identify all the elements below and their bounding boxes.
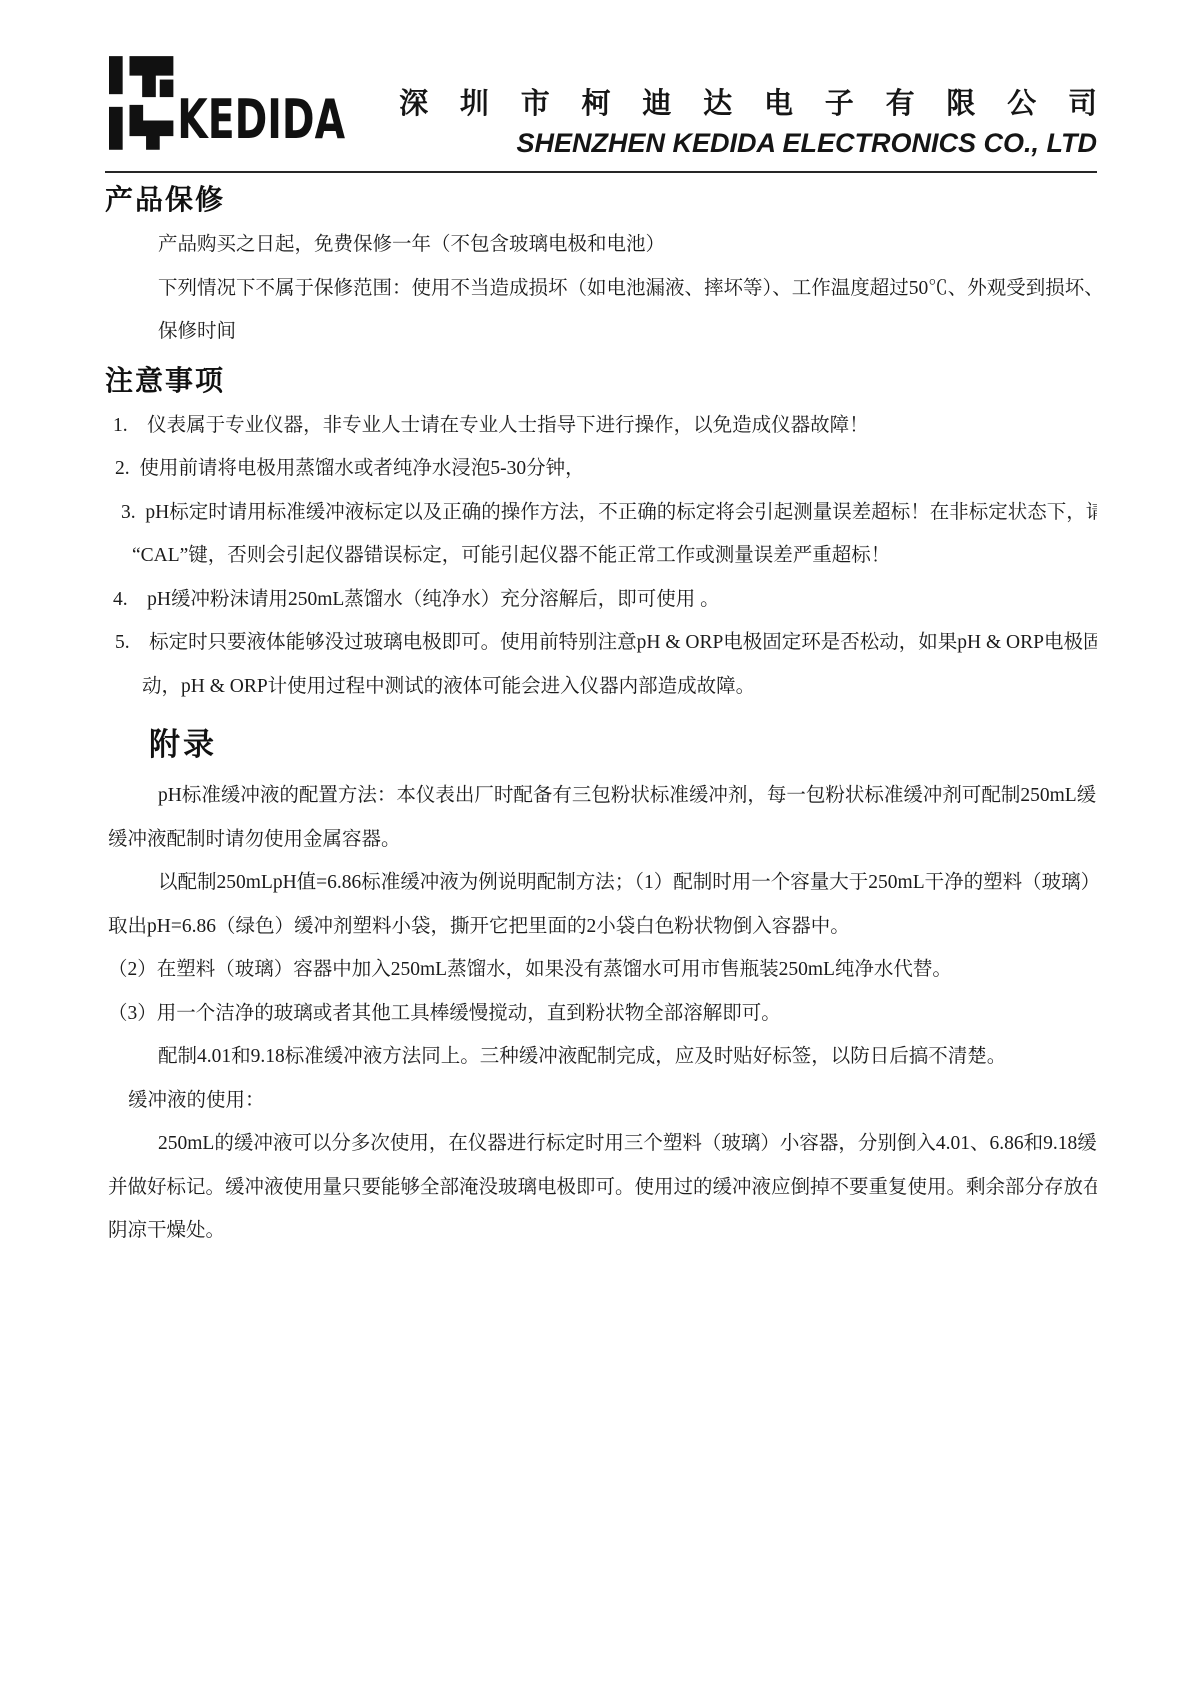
company-name-en: SHENZHEN KEDIDA ELECTRONICS CO., LTD — [399, 127, 1097, 159]
appendix-line: 缓冲液的使用： — [105, 1079, 1097, 1123]
precaution-item: 5. 标定时只要液体能够没过玻璃电极即可。使用前特别注意pH & ORP电极固定… — [105, 621, 1097, 665]
manual-page: KEDIDA 深 圳 市 柯 迪 达 电 子 有 限 公 司 SHENZHEN … — [0, 0, 1200, 1697]
warranty-line: 保修时间 — [105, 310, 1097, 354]
precaution-item-continued: “CAL”键，否则会引起仪器错误标定，可能引起仪器不能正常工作或测量误差严重超标… — [105, 534, 1097, 578]
appendix-line: pH标准缓冲液的配置方法：本仪表出厂时配备有三包粉状标准缓冲剂，每一包粉状标准缓… — [105, 774, 1097, 818]
logo-wordmark: KEDIDA — [177, 87, 345, 150]
appendix-line: 配制4.01和9.18标准缓冲液方法同上。三种缓冲液配制完成，应及时贴好标签，以… — [105, 1035, 1097, 1079]
precaution-item: 1. 仪表属于专业仪器，非专业人士请在专业人士指导下进行操作，以免造成仪器故障！ — [105, 404, 1097, 448]
precaution-item: 2. 使用前请将电极用蒸馏水或者纯净水浸泡5-30分钟， — [105, 447, 1097, 491]
appendix-line: 并做好标记。缓冲液使用量只要能够全部淹没玻璃电极即可。使用过的缓冲液应倒掉不要重… — [105, 1166, 1097, 1210]
precaution-item-continued: 动，pH & ORP计使用过程中测试的液体可能会进入仪器内部造成故障。 — [105, 665, 1097, 709]
precaution-item: 4. pH缓冲粉沫请用250mL蒸馏水（纯净水）充分溶解后，即可使用 。 — [105, 578, 1097, 622]
section-title-precautions: 注意事项 — [105, 362, 1097, 402]
precaution-item: 3. pH标定时请用标准缓冲液标定以及正确的操作方法，不正确的标定将会引起测量误… — [105, 491, 1097, 535]
kedida-logo-mark-icon: KEDIDA — [109, 52, 347, 150]
appendix-line: 以配制250mLpH值=6.86标准缓冲液为例说明配制方法；（1）配制时用一个容… — [105, 861, 1097, 905]
company-name-cn: 深 圳 市 柯 迪 达 电 子 有 限 公 司 — [399, 86, 1110, 122]
appendix-line: 取出pH=6.86（绿色）缓冲剂塑料小袋，撕开它把里面的2小袋白色粉状物倒入容器… — [105, 905, 1097, 949]
appendix-line: 缓冲液配制时请勿使用金属容器。 — [105, 818, 1097, 862]
appendix-line: （2）在塑料（玻璃）容器中加入250mL蒸馏水，如果没有蒸馏水可用市售瓶装250… — [105, 948, 1097, 992]
section-title-warranty: 产品保修 — [105, 181, 1097, 221]
section-title-appendix: 附录 — [149, 720, 1097, 770]
appendix-line: （3）用一个洁净的玻璃或者其他工具棒缓慢搅动，直到粉状物全部溶解即可。 — [105, 992, 1097, 1036]
header-divider — [105, 171, 1097, 173]
appendix-line: 阴凉干燥处。 — [105, 1209, 1097, 1253]
page-header: KEDIDA 深 圳 市 柯 迪 达 电 子 有 限 公 司 SHENZHEN … — [105, 0, 1097, 159]
kedida-logo: KEDIDA — [109, 52, 347, 150]
warranty-line: 下列情况下不属于保修范围：使用不当造成损坏（如电池漏液、摔坏等）、工作温度超过5… — [105, 267, 1097, 311]
appendix-line: 250mL的缓冲液可以分多次使用，在仪器进行标定时用三个塑料（玻璃）小容器，分别… — [105, 1122, 1097, 1166]
company-name-block: 深 圳 市 柯 迪 达 电 子 有 限 公 司 SHENZHEN KEDIDA … — [399, 52, 1097, 159]
warranty-line: 产品购买之日起，免费保修一年（不包含玻璃电极和电池） — [105, 223, 1097, 267]
